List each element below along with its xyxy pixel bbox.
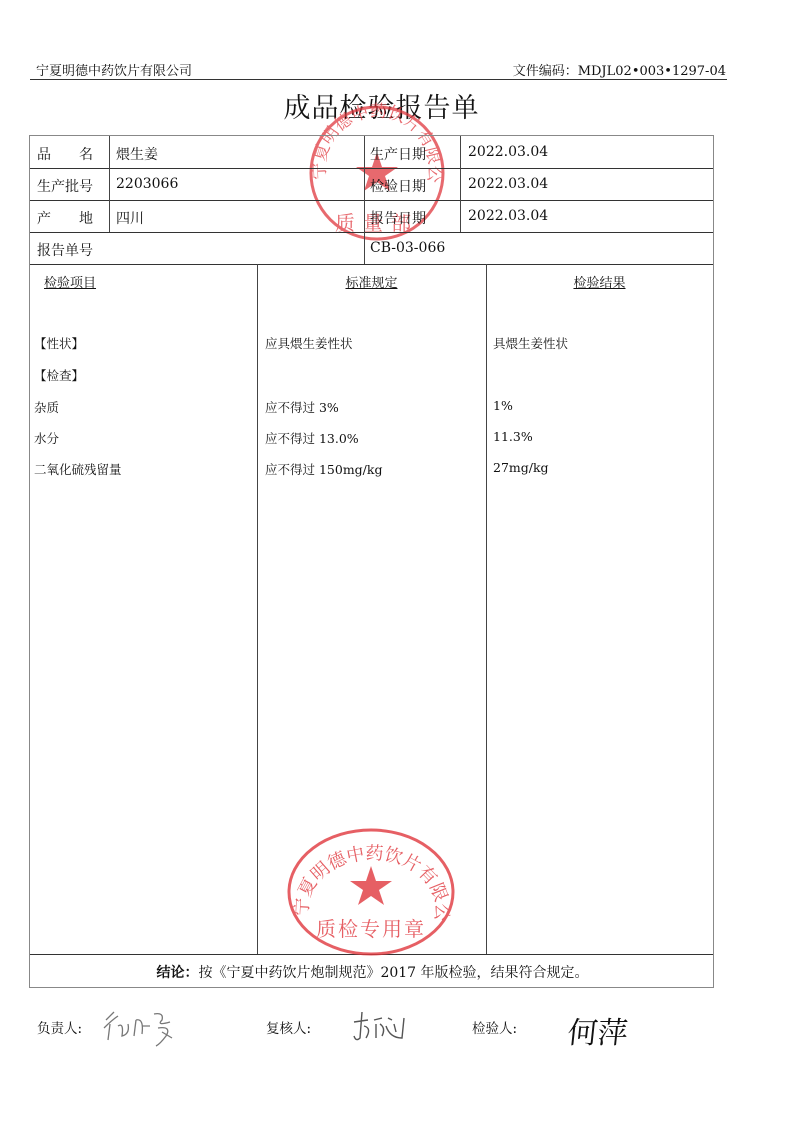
row-item: 杂质 [34, 398, 59, 416]
reviewer-signature [350, 1008, 410, 1048]
report-table: 品 名 煨生姜 生产日期 2022.03.04 生产批号 2203066 检验日… [29, 135, 714, 988]
conclusion-text: 按《宁夏中药饮片炮制规范》2017 年版检验，结果符合规定。 [198, 965, 588, 981]
row-item: 水分 [34, 429, 59, 447]
production-date-value: 2022.03.04 [468, 144, 548, 160]
col-header-item: 检验项目 [44, 272, 96, 291]
row-result: 27mg/kg [493, 460, 549, 475]
row-standard: 应具煨生姜性状 [265, 334, 353, 352]
report-number-label: 报告单号 [37, 240, 93, 260]
reviewer-label: 复核人: [266, 1017, 311, 1037]
product-name-value: 煨生姜 [116, 144, 158, 164]
row-standard: 应不得过 150mg/kg [265, 460, 382, 478]
document-code: 文件编码：MDJL02•003•1297-04 [513, 60, 726, 79]
col-header-standard: 标准规定 [257, 272, 486, 291]
row-result: 11.3% [493, 429, 533, 444]
responsible-signature [100, 1006, 190, 1051]
conclusion: 结论：按《宁夏中药饮片炮制规范》2017 年版检验，结果符合规定。 [30, 962, 715, 982]
document-code-value: MDJL02•003•1297-04 [578, 64, 726, 79]
page-title: 成品检验报告单 [0, 86, 763, 125]
row-result: 1% [493, 398, 513, 413]
company-name: 宁夏明德中药饮片有限公司 [36, 60, 192, 79]
report-date-label: 报告日期 [370, 208, 426, 228]
origin-value: 四川 [116, 208, 144, 228]
row-item: 【性状】 [34, 334, 84, 352]
row-item: 二氧化硫残留量 [34, 460, 122, 478]
header-rule [30, 79, 727, 80]
document-code-label: 文件编码： [513, 64, 578, 79]
product-name-label: 品 名 [37, 144, 93, 164]
row-item: 【检查】 [34, 366, 84, 384]
inspection-date-label: 检验日期 [370, 176, 426, 196]
inspection-date-value: 2022.03.04 [468, 176, 548, 192]
row-result: 具煨生姜性状 [493, 334, 568, 352]
batch-label: 生产批号 [37, 176, 93, 196]
inspector-signature: 何萍 [566, 1008, 631, 1052]
origin-label: 产 地 [37, 208, 93, 228]
responsible-label: 负责人: [37, 1017, 82, 1037]
report-date-value: 2022.03.04 [468, 208, 548, 224]
inspector-label: 检验人: [472, 1017, 517, 1037]
row-standard: 应不得过 13.0% [265, 429, 359, 447]
report-number-value: CB-03-066 [370, 240, 445, 256]
conclusion-label: 结论： [156, 965, 198, 981]
col-header-result: 检验结果 [486, 272, 713, 291]
production-date-label: 生产日期 [370, 144, 426, 164]
batch-value: 2203066 [116, 176, 178, 192]
row-standard: 应不得过 3% [265, 398, 339, 416]
